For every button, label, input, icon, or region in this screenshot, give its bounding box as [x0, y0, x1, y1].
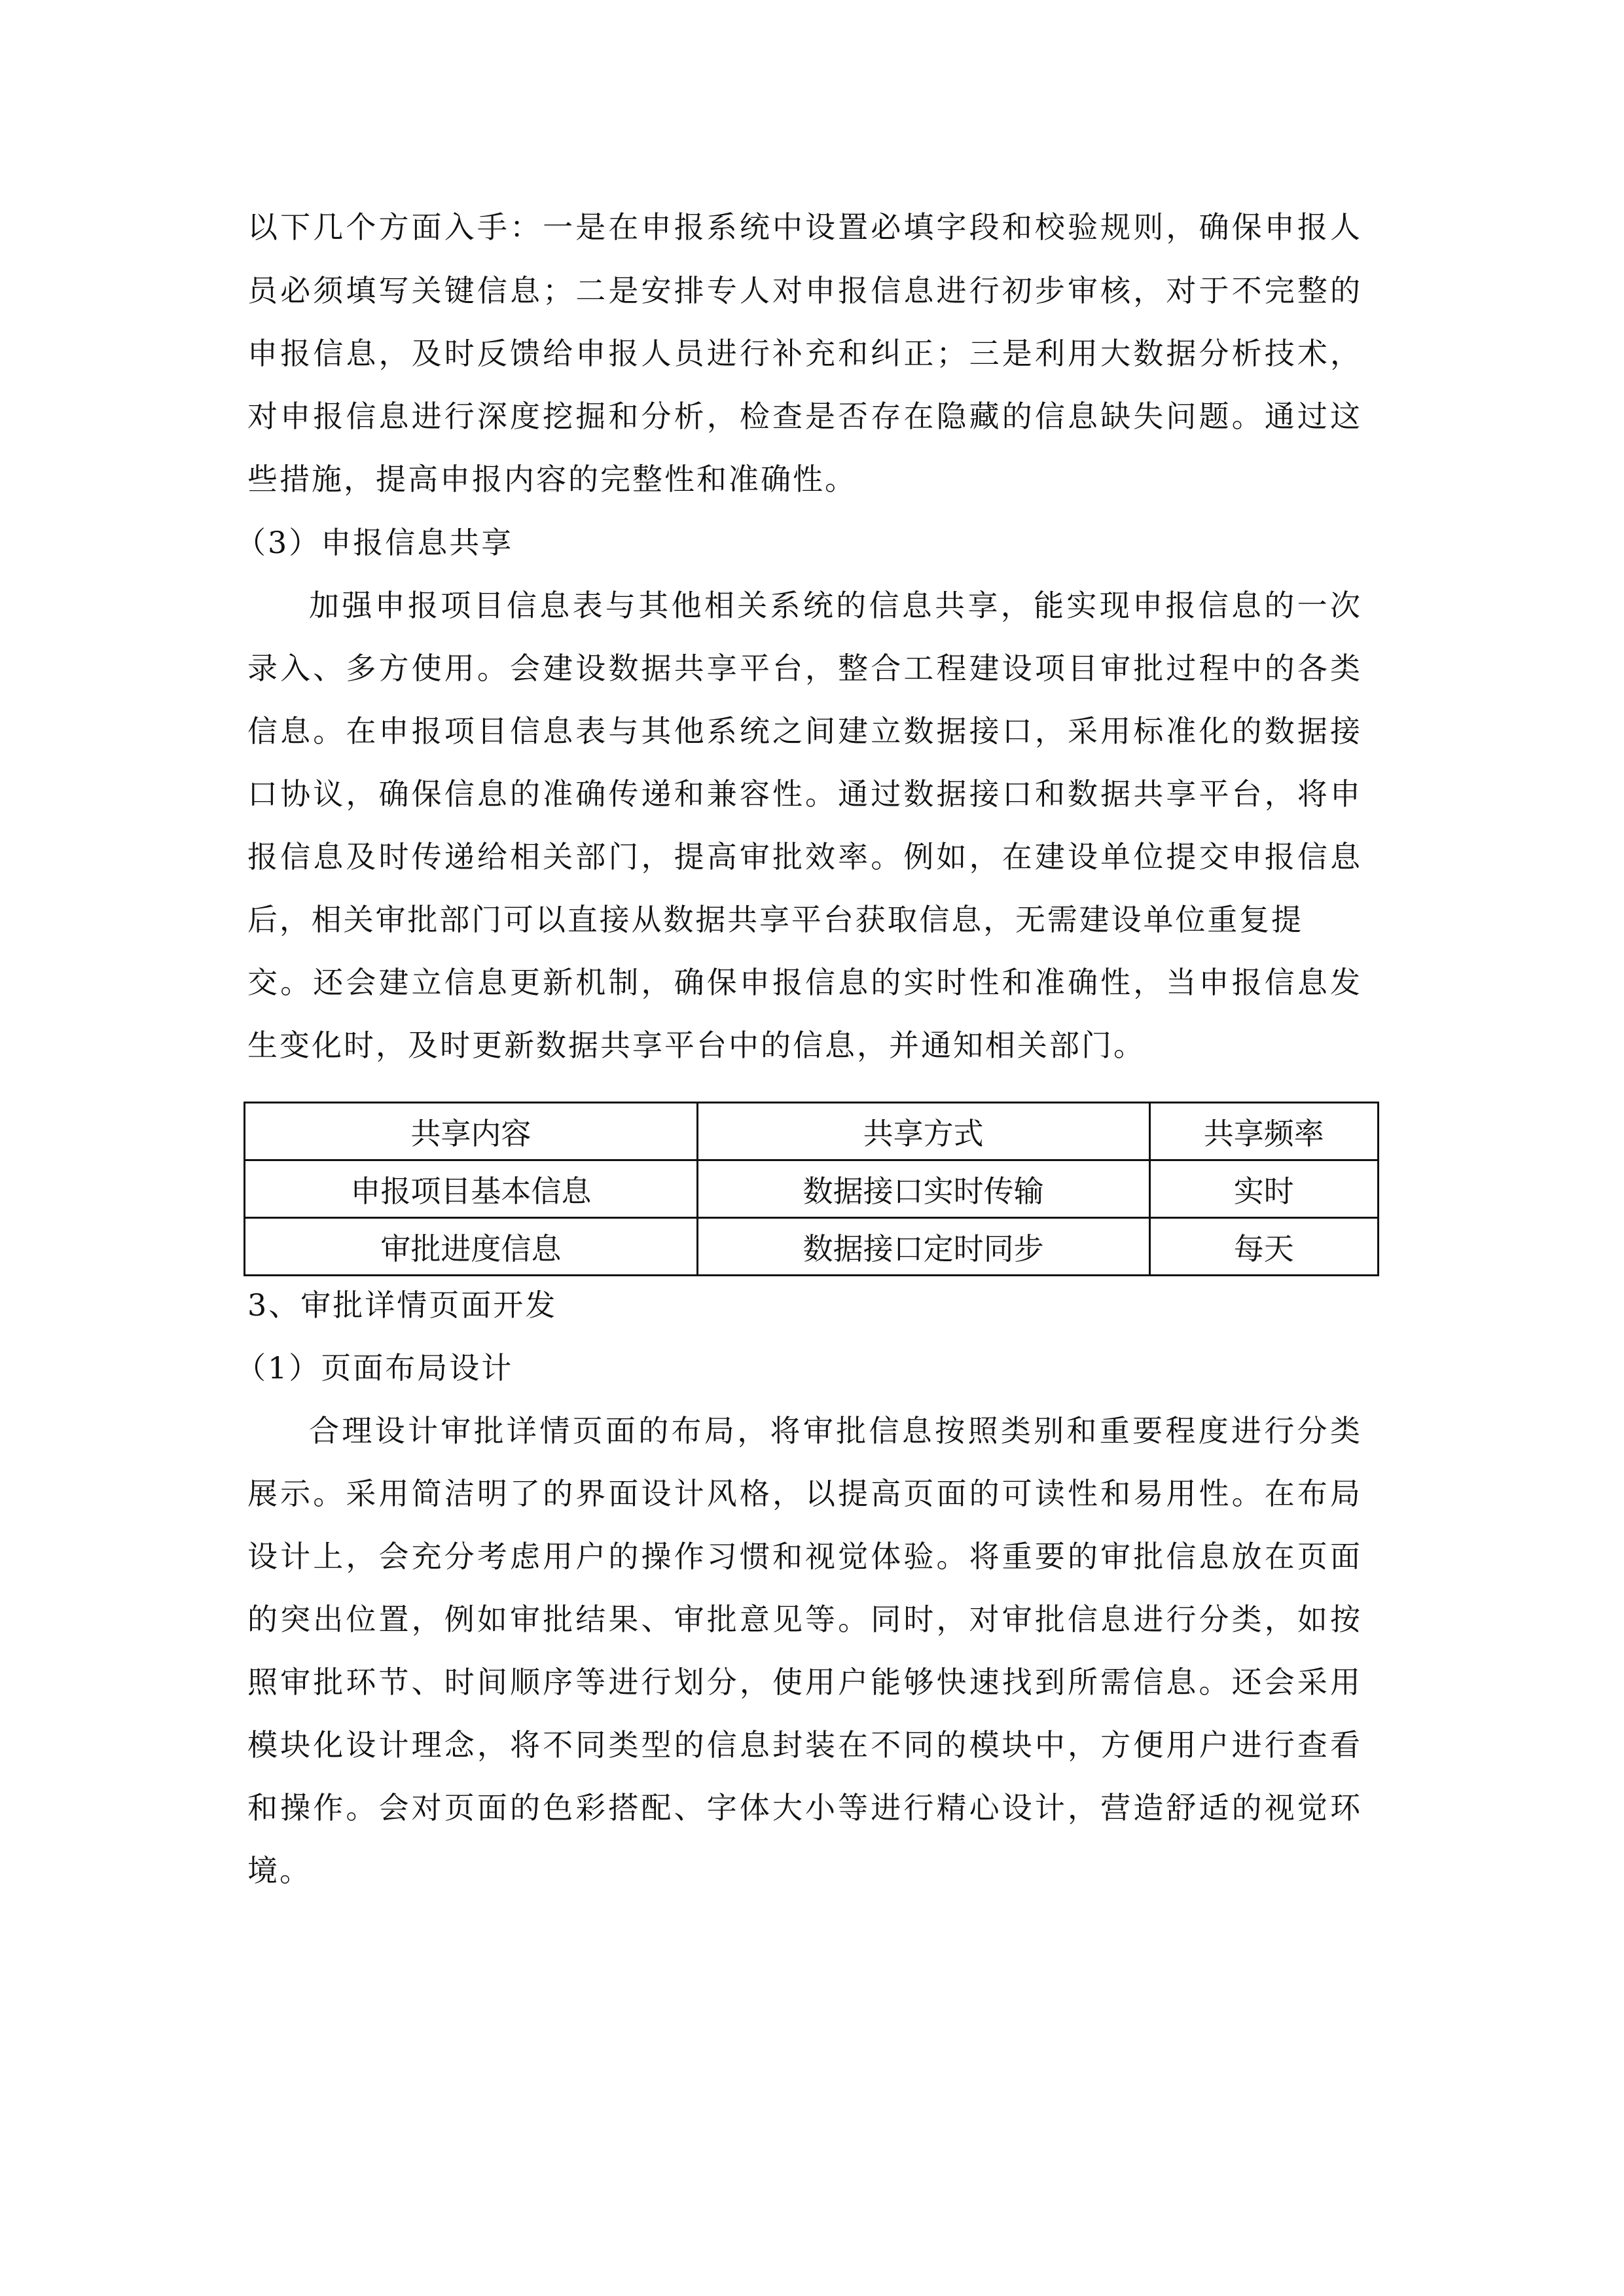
table-cell: 申报项目基本信息 [245, 1160, 698, 1218]
paragraph-line: 的突出位置，例如审批结果、审批意见等。同时，对审批信息进行分类，如按 [247, 1600, 1360, 1639]
paragraph-line: 设计上，会充分考虑用户的操作习惯和视觉体验。将重要的审批信息放在页面 [247, 1537, 1360, 1576]
table-row: 申报项目基本信息 数据接口实时传输 实时 [245, 1160, 1379, 1218]
paragraph-line: 员必须填写关键信息；二是安排专人对申报信息进行初步审核，对于不完整的 [247, 271, 1360, 310]
table-header-row: 共享内容 共享方式 共享频率 [245, 1103, 1379, 1160]
paragraph-line: 境。 [247, 1851, 312, 1890]
table-cell: 数据接口定时同步 [697, 1218, 1149, 1276]
paragraph-line: 交。还会建立信息更新机制，确保申报信息的实时性和准确性，当申报信息发 [247, 963, 1360, 1002]
paragraph-line: 生变化时，及时更新数据共享平台中的信息，并通知相关部门。 [247, 1026, 1146, 1065]
sharing-table: 共享内容 共享方式 共享频率 申报项目基本信息 数据接口实时传输 实时 审批进度… [244, 1102, 1379, 1276]
table-cell: 审批进度信息 [245, 1218, 698, 1276]
paragraph-line: 展示。采用简洁明了的界面设计风格，以提高页面的可读性和易用性。在布局 [247, 1474, 1360, 1513]
paragraph-line: 加强申报项目信息表与其他相关系统的信息共享，能实现申报信息的一次 [309, 586, 1360, 625]
paragraph-line: 些措施，提高申报内容的完整性和准确性。 [247, 459, 857, 499]
paragraph-line: 模块化设计理念，将不同类型的信息封装在不同的模块中，方便用户进行查看 [247, 1725, 1360, 1765]
table-header: 共享频率 [1149, 1103, 1378, 1160]
paragraph-line: 照审批环节、时间顺序等进行划分，使用户能够快速找到所需信息。还会采用 [247, 1662, 1360, 1702]
subheading-info-sharing: （3）申报信息共享 [236, 523, 513, 562]
paragraph-line: 信息。在申报项目信息表与其他系统之间建立数据接口，采用标准化的数据接 [247, 711, 1360, 751]
table-header: 共享内容 [245, 1103, 698, 1160]
paragraph-line: 录入、多方使用。会建设数据共享平台，整合工程建设项目审批过程中的各类 [247, 649, 1360, 688]
paragraph-line: 申报信息，及时反馈给申报人员进行补充和纠正；三是利用大数据分析技术， [247, 334, 1360, 373]
table-cell: 每天 [1149, 1218, 1378, 1276]
paragraph-line: 口协议，确保信息的准确传递和兼容性。通过数据接口和数据共享平台，将申 [247, 774, 1360, 814]
paragraph-line: 报信息及时传递给相关部门，提高审批效率。例如，在建设单位提交申报信息 [247, 837, 1360, 876]
subheading-page-layout: （1）页面布局设计 [236, 1348, 513, 1388]
table-cell: 实时 [1149, 1160, 1378, 1218]
section-heading: 3、审批详情页面开发 [247, 1285, 557, 1325]
paragraph-line: 后，相关审批部门可以直接从数据共享平台获取信息，无需建设单位重复提 [247, 900, 1301, 939]
paragraph-line: 以下几个方面入手：一是在申报系统中设置必填字段和校验规则，确保申报人 [247, 207, 1360, 247]
paragraph-line: 合理设计审批详情页面的布局，将审批信息按照类别和重要程度进行分类 [309, 1411, 1360, 1450]
table-row: 审批进度信息 数据接口定时同步 每天 [245, 1218, 1379, 1276]
paragraph-line: 和操作。会对页面的色彩搭配、字体大小等进行精心设计，营造舒适的视觉环 [247, 1788, 1360, 1827]
table-cell: 数据接口实时传输 [697, 1160, 1149, 1218]
paragraph-line: 对申报信息进行深度挖掘和分析，检查是否存在隐藏的信息缺失问题。通过这 [247, 397, 1360, 436]
table-header: 共享方式 [697, 1103, 1149, 1160]
